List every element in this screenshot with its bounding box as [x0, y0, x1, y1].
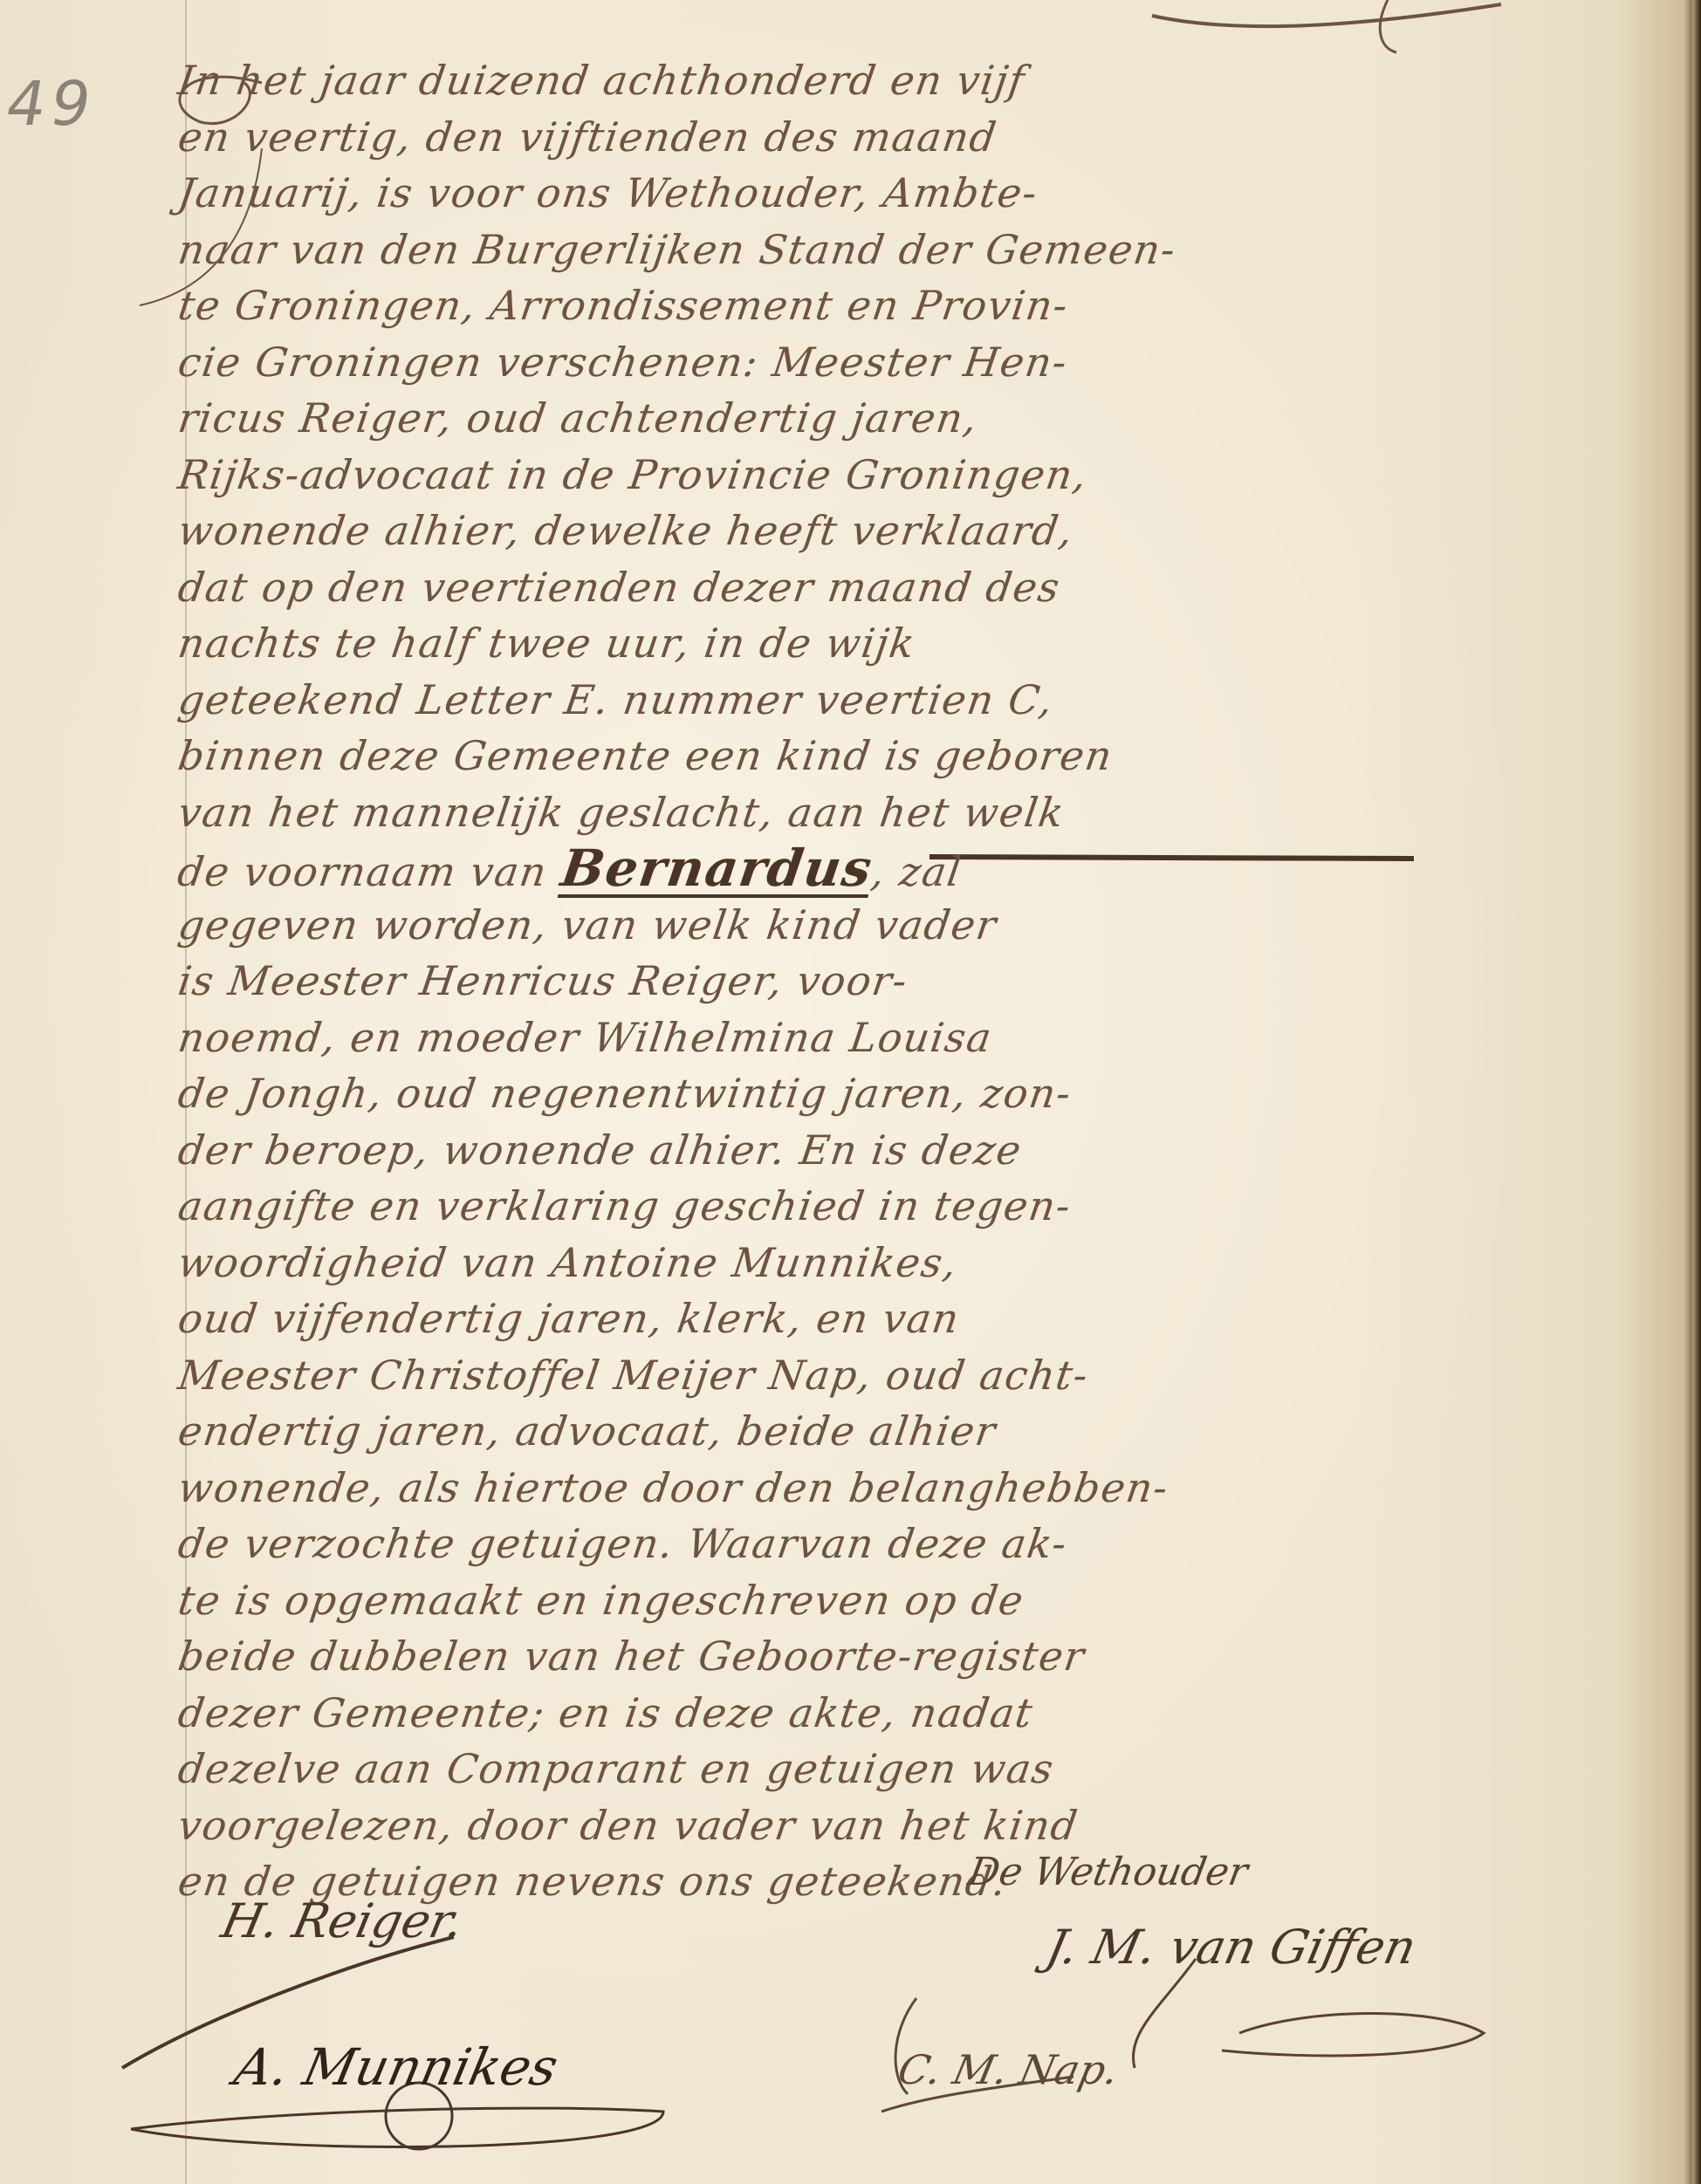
signature-official: J. M. van Giffen [1041, 1920, 1421, 1975]
record-body-text: In het jaar duizend achthonderd en vijf … [175, 52, 1676, 1910]
text-line-29: beide dubbelen van het Geboorte-register [175, 1628, 1684, 1685]
text-line-32: voorgelezen, door den vader van het kind [175, 1797, 1684, 1854]
text-line-9: wonende alhier, dewelke heeft verklaard, [175, 503, 1684, 559]
child-name: Bernardus [558, 839, 876, 898]
text-line-3: Januarij, is voor ons Wethouder, Ambte- [175, 165, 1684, 222]
child-name-suffix: , zal [868, 848, 965, 895]
text-line-22: woordigheid van Antoine Munnikes, [175, 1235, 1684, 1291]
text-line-27: de verzochte getuigen. Waarvan deze ak- [175, 1516, 1684, 1572]
text-line-2: en veertig, den vijftienden des maand [175, 109, 1684, 166]
text-line-13: binnen deze Gemeente een kind is geboren [175, 728, 1684, 784]
text-line-7: ricus Reiger, oud achtendertig jaren, [175, 390, 1684, 447]
text-line-12: geteekend Letter E. nummer veertien C, [175, 672, 1684, 729]
signature-father: H. Reiger. [216, 1893, 468, 1948]
text-line-17: is Meester Henricus Reiger, voor- [175, 953, 1684, 1010]
text-line-23: oud vijfendertig jaren, klerk, en van [175, 1291, 1684, 1347]
text-line-24: Meester Christoffel Meijer Nap, oud acht… [175, 1347, 1684, 1404]
text-line-21: aangifte en verklaring geschied in tegen… [175, 1178, 1684, 1235]
text-line-25: endertig jaren, advocaat, beide alhier [175, 1403, 1684, 1460]
text-line-26: wonende, als hiertoe door den belanghebb… [175, 1460, 1684, 1516]
text-line-5: te Groningen, Arrondissement en Provin- [175, 277, 1684, 334]
text-line-28: te is opgemaakt en ingeschreven op de [175, 1572, 1684, 1629]
signature-witness-2: C. M. Nap. [894, 2046, 1122, 2093]
text-line-30: dezer Gemeente; en is deze akte, nadat [175, 1685, 1684, 1742]
text-line-16: gegeven worden, van welk kind vader [175, 897, 1684, 954]
text-line-14: van het mannelijk geslacht, aan het welk [175, 784, 1684, 841]
text-line-19: de Jongh, oud negenentwintig jaren, zon- [175, 1065, 1684, 1122]
text-line-31: dezelve aan Comparant en getuigen was [175, 1741, 1684, 1797]
text-line-4: naar van den Burgerlijken Stand der Geme… [175, 222, 1684, 278]
text-line-8: Rijks-advocaat in de Provincie Groningen… [175, 447, 1684, 503]
text-line-18: noemd, en moeder Wilhelmina Louisa [175, 1010, 1684, 1066]
signature-witness-1: A. Munnikes [230, 2037, 563, 2097]
text-line-11: nachts te half twee uur, in de wijk [175, 615, 1684, 672]
text-line-10: dat op den veertienden dezer maand des [175, 559, 1684, 616]
text-line-15-lead: de voornaam van [175, 848, 551, 895]
official-title: De Wethouder [965, 1850, 1252, 1894]
book-binding-edge [1692, 0, 1701, 2184]
register-page: 49 In het jaar duizend achthonderd en vi… [0, 0, 1701, 2184]
text-line-6: cie Groningen verschenen: Meester Hen- [175, 334, 1684, 391]
text-line-1: In het jaar duizend achthonderd en vijf [175, 52, 1684, 109]
text-line-20: der beroep, wonende alhier. En is deze [175, 1122, 1684, 1179]
text-line-15: de voornaam van Bernardus, zal [175, 840, 1684, 897]
entry-number: 49 [1, 68, 102, 140]
